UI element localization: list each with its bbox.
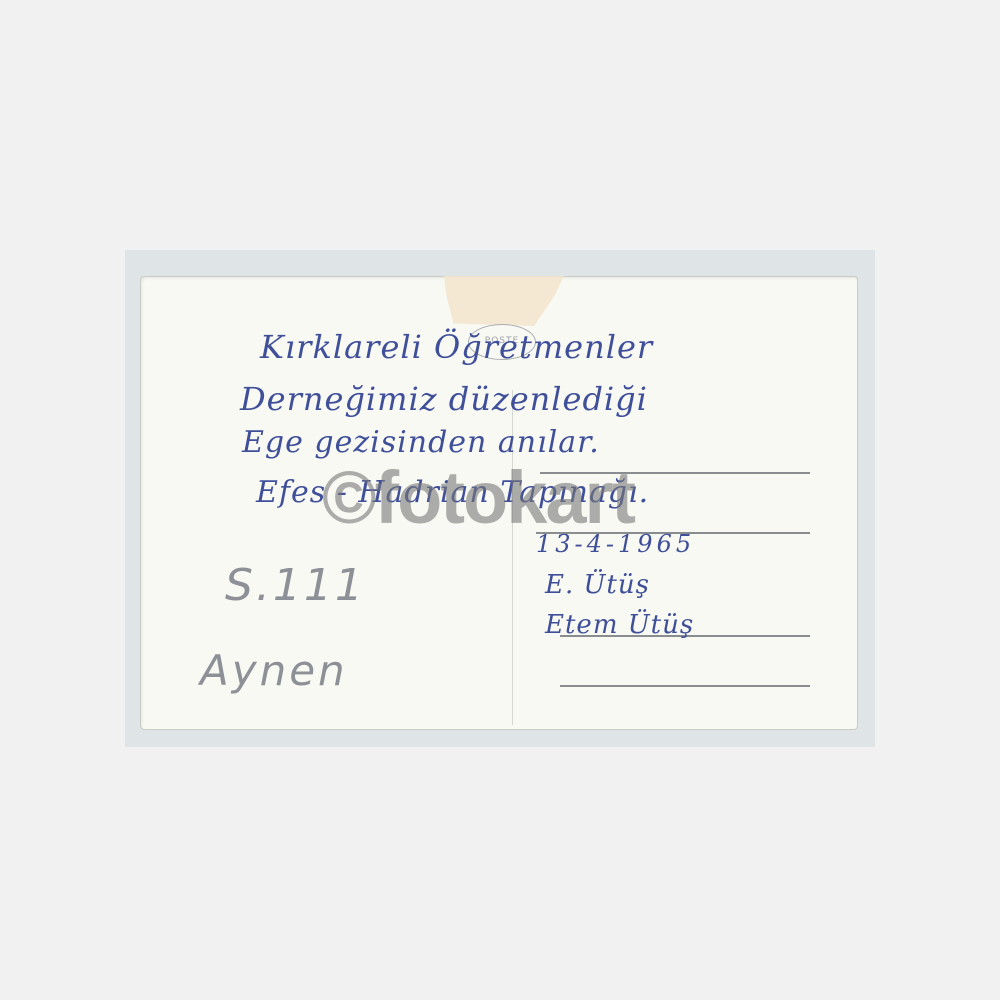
message-line: Kırklareli Öğretmenler	[260, 328, 653, 366]
watermark: ©fotokart	[322, 458, 634, 538]
address-line	[560, 685, 810, 687]
message-line: Derneğimiz düzenlediği	[240, 380, 648, 418]
signature-name: Etem Ütüş	[545, 610, 694, 640]
pencil-note: S.111	[225, 560, 366, 611]
message-line: Ege gezisinden anılar.	[242, 425, 600, 460]
pencil-note: Aynen	[200, 646, 348, 695]
signature-initial: E. Ütüş	[545, 570, 650, 600]
